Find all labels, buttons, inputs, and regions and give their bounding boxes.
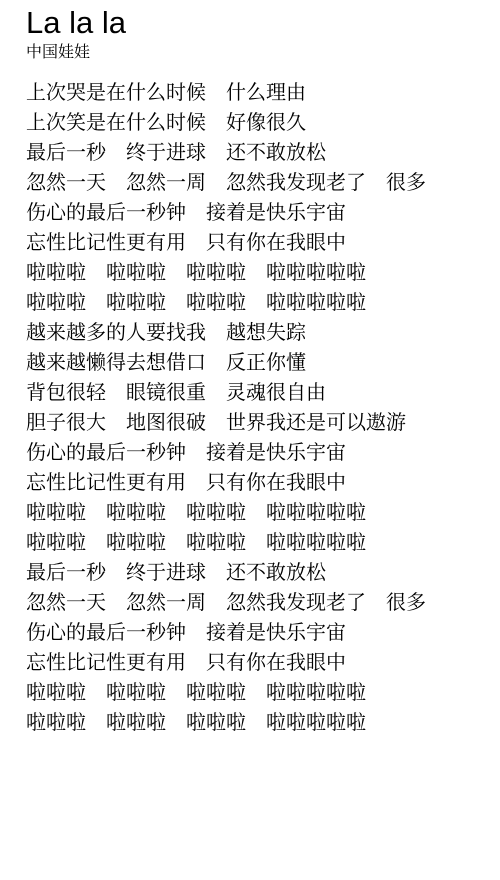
- lyric-line: 伤心的最后一秒钟 接着是快乐宇宙: [26, 438, 480, 468]
- lyric-line: 忽然一天 忽然一周 忽然我发现老了 很多: [26, 168, 480, 198]
- lyric-line: 伤心的最后一秒钟 接着是快乐宇宙: [26, 198, 480, 228]
- lyric-line: 忽然一天 忽然一周 忽然我发现老了 很多: [26, 588, 480, 618]
- lyric-line: 伤心的最后一秒钟 接着是快乐宇宙: [26, 618, 480, 648]
- lyric-line: 啦啦啦 啦啦啦 啦啦啦 啦啦啦啦啦: [26, 708, 480, 738]
- lyric-line: 啦啦啦 啦啦啦 啦啦啦 啦啦啦啦啦: [26, 678, 480, 708]
- lyrics-body: 上次哭是在什么时候 什么理由 上次笑是在什么时候 好像很久 最后一秒 终于进球 …: [26, 78, 480, 738]
- lyrics-page: La la la 中国娃娃 上次哭是在什么时候 什么理由 上次笑是在什么时候 好…: [0, 0, 500, 738]
- lyric-line: 越来越多的人要找我 越想失踪: [26, 318, 480, 348]
- lyric-line: 啦啦啦 啦啦啦 啦啦啦 啦啦啦啦啦: [26, 288, 480, 318]
- lyric-line: 越来越懒得去想借口 反正你懂: [26, 348, 480, 378]
- lyric-line: 最后一秒 终于进球 还不敢放松: [26, 138, 480, 168]
- artist-name: 中国娃娃: [26, 42, 480, 63]
- lyric-line: 啦啦啦 啦啦啦 啦啦啦 啦啦啦啦啦: [26, 528, 480, 558]
- lyric-line: 上次哭是在什么时候 什么理由: [26, 78, 480, 108]
- lyric-line: 忘性比记性更有用 只有你在我眼中: [26, 468, 480, 498]
- lyric-line: 最后一秒 终于进球 还不敢放松: [26, 558, 480, 588]
- lyric-line: 啦啦啦 啦啦啦 啦啦啦 啦啦啦啦啦: [26, 258, 480, 288]
- lyric-line: 啦啦啦 啦啦啦 啦啦啦 啦啦啦啦啦: [26, 498, 480, 528]
- lyric-line: 胆子很大 地图很破 世界我还是可以遨游: [26, 408, 480, 438]
- lyric-line: 忘性比记性更有用 只有你在我眼中: [26, 228, 480, 258]
- lyric-line: 上次笑是在什么时候 好像很久: [26, 108, 480, 138]
- lyric-line: 忘性比记性更有用 只有你在我眼中: [26, 648, 480, 678]
- lyric-line: 背包很轻 眼镜很重 灵魂很自由: [26, 378, 480, 408]
- song-title: La la la: [26, 4, 480, 42]
